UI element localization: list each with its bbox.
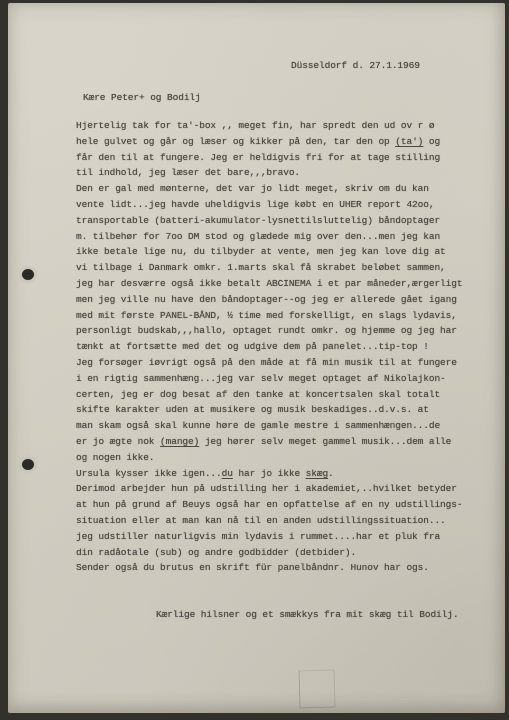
letter-line: din radåotale (sub) og andre godbidder (… <box>76 545 468 561</box>
letter-body: Hjertelig tak for ta'-box ,, meget fin, … <box>76 118 468 576</box>
punch-hole-top <box>22 269 34 280</box>
scanned-letter-page: { "colors": { "background": "#32312b", "… <box>0 0 509 720</box>
letter-line: Hjertelig tak for ta'-box ,, meget fin, … <box>76 118 468 134</box>
letter-line: jeg har desværre også ikke betalt ABCINE… <box>76 276 468 292</box>
letter-line: vente lidt...jeg havde uheldigvis lige k… <box>76 197 468 213</box>
letter-line: Ursula kysser ikke igen...du har jo ikke… <box>76 466 468 482</box>
letter-line: vi tilbage i Danmark omkr. 1.marts skal … <box>76 260 468 276</box>
letter-line: situation eller at man kan nå til en and… <box>76 513 468 529</box>
date-line: Düsseldorf d. 27.1.1969 <box>291 60 420 71</box>
letter-line: jeg udstiller naturligvis min lydavis i … <box>76 529 468 545</box>
letter-line: til indhold, jeg læser det bare,,,bravo. <box>76 165 468 181</box>
letter-line: får den til at fungere. Jeg er heldigvis… <box>76 150 468 166</box>
letter-line: skifte karakter uden at musikere og musi… <box>76 402 468 418</box>
letter-line: tænkt at fortsætte med det og udgive dem… <box>76 339 468 355</box>
letter-line: men jeg ville nu have den båndoptager--o… <box>76 292 468 308</box>
stamp-outline-square <box>299 670 336 709</box>
letter-line: ikke betale lige nu, du tilbyder at vent… <box>76 244 468 260</box>
punch-hole-bottom <box>22 459 34 470</box>
closing-line: Kærlige hilsner og et smækkys fra mit sk… <box>156 609 458 620</box>
letter-line: hele gulvet og går og læser og kikker på… <box>76 134 468 150</box>
letter-line: personligt budskab,,,hallo, optaget rund… <box>76 323 468 339</box>
letter-line: Sender også du brutus en skrift für pane… <box>76 560 468 576</box>
letter-line: med mit første PANEL-BÅND, ½ time med fo… <box>76 308 468 324</box>
letter-line: man skam også skal kunne høre de gamle m… <box>76 418 468 434</box>
letter-line: transportable (batteri-akumulator-lysnet… <box>76 213 468 229</box>
letter-line: Derimod arbejder hun på udstilling her i… <box>76 481 468 497</box>
letter-line: at hun på grund af Beuys også har en opf… <box>76 497 468 513</box>
letter-line: og nogen ikke. <box>76 450 468 466</box>
letter-line: Jeg forsøger iøvrigt også på den måde at… <box>76 355 468 371</box>
letter-line: Den er gal med mønterne, det var jo lidt… <box>76 181 468 197</box>
salutation: Kære Peter+ og Bodilj <box>83 92 201 103</box>
letter-line: certen, jeg er dog besat af den tanke at… <box>76 387 468 403</box>
letter-line: i en rigtig sammenhæng...jeg var selv me… <box>76 371 468 387</box>
letter-line: m. tilbehør for 7oo DM stod og glædede m… <box>76 229 468 245</box>
letter-line: er jo ægte nok (mange) jeg hører selv me… <box>76 434 468 450</box>
